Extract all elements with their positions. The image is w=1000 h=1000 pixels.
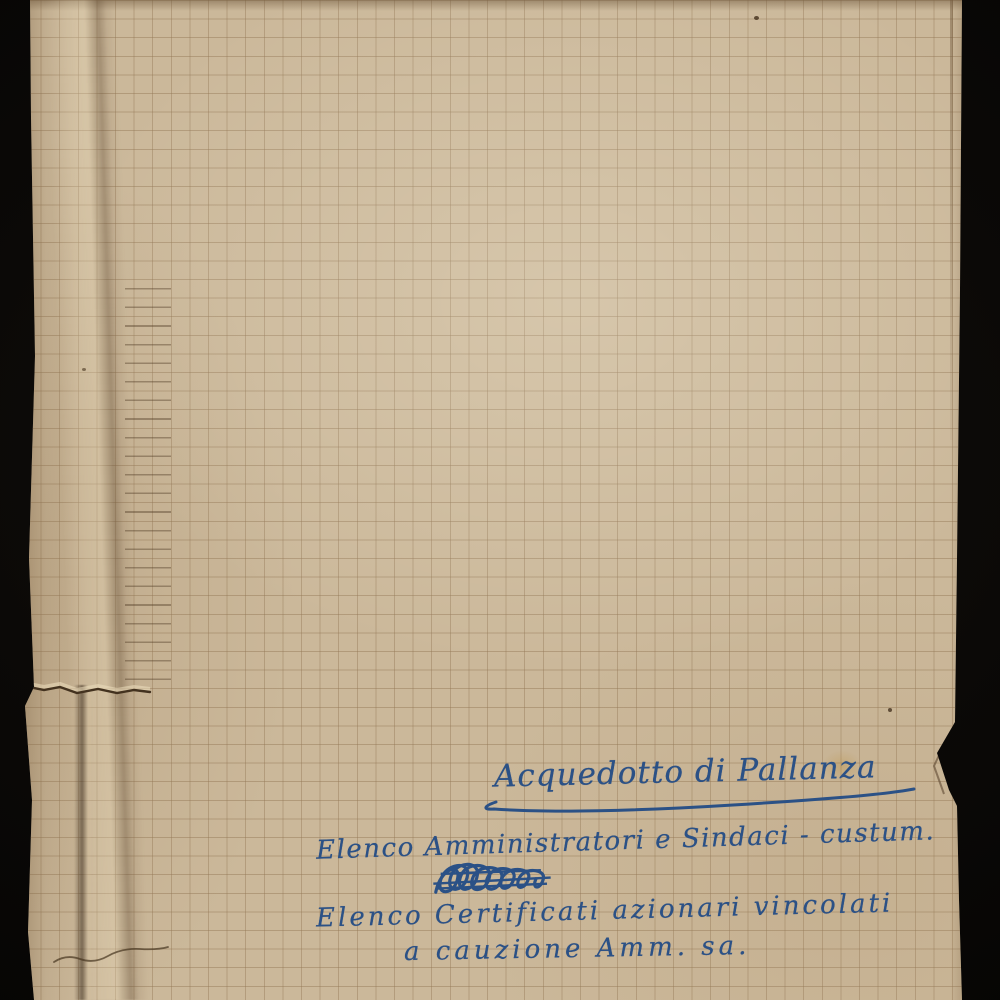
paper-speck (82, 368, 86, 371)
paper-speck (754, 16, 759, 20)
right-edge-crease (950, 0, 953, 440)
scribbled-out-word (424, 858, 560, 902)
entry-line-continuation: a cauzione Amm. sa. (404, 931, 751, 967)
horizontal-tear-mark (22, 674, 172, 704)
torn-notch-fold-line (918, 732, 958, 802)
bottom-crack-mark (50, 942, 180, 970)
paper-speck (888, 708, 892, 712)
photo-backdrop: Acquedotto di Pallanza Elenco Amministra… (0, 0, 1000, 1000)
grid-line-emphasis (125, 288, 171, 690)
title-underline-stroke (478, 782, 920, 816)
